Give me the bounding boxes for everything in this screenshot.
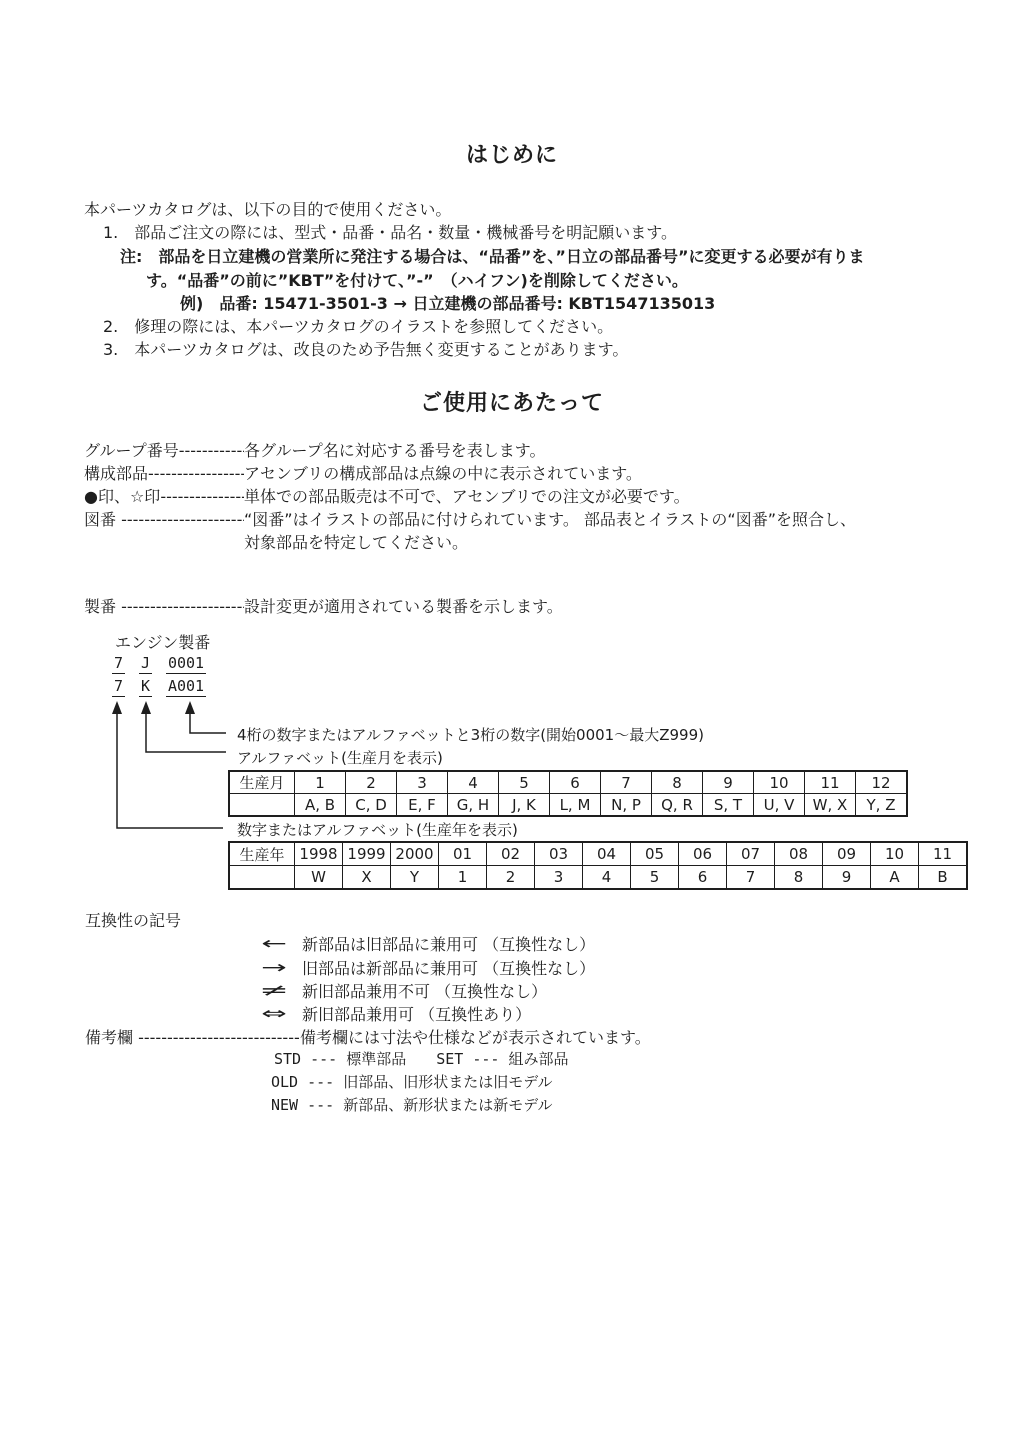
- table-row: A, B C, D E, F G, H J, K L, M N, P Q, R …: [229, 794, 907, 817]
- callout-digits: 4桁の数字またはアルファベットと3桁の数字(開始0001～最大Z999): [237, 724, 704, 745]
- table-header-cell: 03: [535, 842, 583, 866]
- compat-row-old-to-new: → 旧部品は新部品に兼用可 （互換性なし）: [252, 956, 595, 979]
- table-cell: 9: [823, 866, 871, 890]
- table-header-cell: 11: [805, 771, 856, 794]
- remarks-row: 備考欄 ------------------------------------…: [85, 1025, 985, 1048]
- remarks-desc: 備考欄には寸法や仕様などが表示されています。: [300, 1025, 651, 1048]
- page-title-goshiyou: ご使用にあたって: [0, 386, 1024, 417]
- definition-desc: 単体での部品販売は不可で、アセンブリでの注文が必要です。: [244, 484, 690, 507]
- table-header-cell: 2: [346, 771, 397, 794]
- table-cell: Y, Z: [856, 794, 908, 817]
- table-cell: A, B: [295, 794, 346, 817]
- up-arrow-icon: [185, 701, 195, 714]
- table-cell: [229, 866, 295, 890]
- table-header-cell: 5: [499, 771, 550, 794]
- table-row: 生産年 1998 1999 2000 01 02 03 04 05 06 07 …: [229, 842, 967, 866]
- table-header-cell: 2000: [391, 842, 439, 866]
- table-header-cell: 6: [550, 771, 601, 794]
- remarks-old-line: OLD --- 旧部品、旧形状または旧モデル: [271, 1071, 553, 1092]
- table-cell: N, P: [601, 794, 652, 817]
- table-header-cell: 02: [487, 842, 535, 866]
- leader-dashes: ----------------------------------------…: [160, 487, 244, 506]
- serial-digit-month: J: [139, 654, 152, 674]
- table-cell: 2: [487, 866, 535, 890]
- table-header-cell: 10: [754, 771, 805, 794]
- serial-digit-year: 7: [112, 677, 125, 697]
- table-cell: 6: [679, 866, 727, 890]
- table-cell: 7: [727, 866, 775, 890]
- table-cell: L, M: [550, 794, 601, 817]
- intro-line: 本パーツカタログは、以下の目的で使用ください。: [84, 197, 451, 220]
- table-cell: U, V: [754, 794, 805, 817]
- engine-serial-row-2: 7KA001: [112, 677, 206, 697]
- table-cell: [229, 794, 295, 817]
- table-header-cell: 07: [727, 842, 775, 866]
- left-arrow-icon: ←: [234, 934, 313, 954]
- definition-label: 図番 -------------------------------------…: [84, 507, 244, 530]
- table-cell: G, H: [448, 794, 499, 817]
- note-line-2: す。“品番”の前に”KBT”を付けて、”-” （ハイフン)を削除してください。: [146, 268, 688, 291]
- note-line-1: 注: 部品を日立建機の営業所に発注する場合は、“品番”を、”日立の部品番号”に変…: [120, 244, 864, 267]
- table-header-cell: 04: [583, 842, 631, 866]
- serial-digit-number: A001: [166, 677, 206, 697]
- serial-digit-month: K: [139, 677, 152, 697]
- definition-row-marks: ●印、☆印-----------------------------------…: [84, 484, 984, 507]
- table-cell: 5: [631, 866, 679, 890]
- table-header-cell: 12: [856, 771, 908, 794]
- leader-dashes: ----------------------------------------…: [148, 464, 244, 483]
- definition-label: 構成部品------------------------------------…: [84, 461, 244, 484]
- callout-year: 数字またはアルファベット(生産年を表示): [237, 819, 518, 840]
- table-row: 生産月 1 2 3 4 5 6 7 8 9 10 11 12: [229, 771, 907, 794]
- definition-desc: アセンブリの構成部品は点線の中に表示されています。: [244, 461, 642, 484]
- table-cell: X: [343, 866, 391, 890]
- table-row: W X Y 1 2 3 4 5 6 7 8 9 A B: [229, 866, 967, 890]
- compat-section-title: 互換性の記号: [85, 908, 181, 931]
- table-cell: E, F: [397, 794, 448, 817]
- serial-digit-year: 7: [112, 654, 125, 674]
- table-header-cell: 1998: [295, 842, 343, 866]
- definition-row-group-number: グループ番号----------------------------------…: [84, 438, 984, 461]
- leader-dashes: ----------------------------------------…: [121, 510, 244, 529]
- compat-text: 新旧部品兼用可 （互換性あり）: [302, 1002, 531, 1025]
- table-header-cell: 05: [631, 842, 679, 866]
- compat-row-interchangeable: ⇔ 新旧部品兼用可 （互換性あり）: [252, 1002, 531, 1025]
- definition-label: グループ番号----------------------------------…: [84, 438, 244, 461]
- leader-dashes: ----------------------------------------…: [179, 441, 244, 460]
- table-cell: 8: [775, 866, 823, 890]
- up-arrow-icon: [141, 701, 151, 714]
- compat-text: 新部品は旧部品に兼用可 （互換性なし）: [302, 932, 595, 955]
- definition-label: 製番 -------------------------------------…: [84, 594, 244, 617]
- list-item-1: 1. 部品ご注文の際には、型式・品番・品名・数量・機械番号を明記願います。: [103, 220, 677, 243]
- definition-desc: 設計変更が適用されている製番を示します。: [244, 594, 563, 617]
- remarks-label: 備考欄 ------------------------------------…: [85, 1025, 300, 1048]
- table-cell: A: [871, 866, 919, 890]
- not-equal-icon: ≠: [228, 981, 320, 1001]
- table-cell: 1: [439, 866, 487, 890]
- definition-desc: “図番”はイラストの部品に付けられています。 部品表とイラストの“図番”を照合し…: [244, 507, 856, 530]
- table-header-cell: 1999: [343, 842, 391, 866]
- production-year-table: 生産年 1998 1999 2000 01 02 03 04 05 06 07 …: [228, 841, 968, 890]
- compat-text: 旧部品は新部品に兼用可 （互換性なし）: [302, 956, 595, 979]
- table-header-cell: 7: [601, 771, 652, 794]
- remarks-std-set-line: STD --- 標準部品 SET --- 組み部品: [274, 1048, 569, 1069]
- double-arrow-icon: ⇔: [234, 1004, 313, 1024]
- table-cell: B: [919, 866, 968, 890]
- engine-serial-title: エンジン製番: [115, 630, 210, 653]
- table-header-cell: 3: [397, 771, 448, 794]
- table-header-cell: 10: [871, 842, 919, 866]
- list-item-3: 3. 本パーツカタログは、改良のため予告無く変更することがあります。: [103, 337, 628, 360]
- leader-dashes: ----------------------------------------…: [121, 597, 244, 616]
- table-cell: Q, R: [652, 794, 703, 817]
- table-cell: J, K: [499, 794, 550, 817]
- table-header-cell: 4: [448, 771, 499, 794]
- definition-desc: 各グループ名に対応する番号を表します。: [244, 438, 545, 461]
- leader-dashes: ----------------------------------------…: [138, 1028, 300, 1047]
- table-cell: W: [295, 866, 343, 890]
- table-cell: Y: [391, 866, 439, 890]
- definition-row-fig-number: 図番 -------------------------------------…: [84, 507, 984, 530]
- table-header-cell: 11: [919, 842, 968, 866]
- right-arrow-icon: →: [234, 958, 313, 978]
- remarks-new-line: NEW --- 新部品、新形状または新モデル: [271, 1094, 553, 1115]
- compat-row-not-interchangeable: ≠ 新旧部品兼用不可 （互換性なし）: [252, 979, 547, 1002]
- serial-digit-number: 0001: [166, 654, 206, 674]
- parts-catalog-intro-page: はじめに 本パーツカタログは、以下の目的で使用ください。 1. 部品ご注文の際に…: [0, 0, 1024, 1448]
- compat-row-new-to-old: ← 新部品は旧部品に兼用可 （互換性なし）: [252, 932, 595, 955]
- table-cell: W, X: [805, 794, 856, 817]
- definition-desc-continuation: 対象部品を特定してください。: [244, 530, 468, 553]
- definition-row-seiban: 製番 -------------------------------------…: [84, 594, 984, 617]
- table-header-cell: 09: [823, 842, 871, 866]
- compat-text: 新旧部品兼用不可 （互換性なし）: [302, 979, 547, 1002]
- table-header-cell: 生産年: [229, 842, 295, 866]
- page-title-hajimeni: はじめに: [0, 138, 1024, 169]
- list-item-2: 2. 修理の際には、本パーツカタログのイラストを参照してください。: [103, 314, 613, 337]
- table-header-cell: 9: [703, 771, 754, 794]
- engine-serial-row-1: 7J0001: [112, 654, 206, 674]
- table-header-cell: 1: [295, 771, 346, 794]
- table-cell: 4: [583, 866, 631, 890]
- definition-row-component-parts: 構成部品------------------------------------…: [84, 461, 984, 484]
- table-header-cell: 生産月: [229, 771, 295, 794]
- table-header-cell: 08: [775, 842, 823, 866]
- table-header-cell: 8: [652, 771, 703, 794]
- definition-label: ●印、☆印-----------------------------------…: [84, 484, 244, 507]
- table-header-cell: 01: [439, 842, 487, 866]
- table-cell: S, T: [703, 794, 754, 817]
- up-arrow-icon: [112, 701, 122, 714]
- table-header-cell: 06: [679, 842, 727, 866]
- production-month-table: 生産月 1 2 3 4 5 6 7 8 9 10 11 12 A, B C, D…: [228, 770, 908, 817]
- callout-month: アルファベット(生産月を表示): [237, 747, 443, 768]
- table-cell: C, D: [346, 794, 397, 817]
- table-cell: 3: [535, 866, 583, 890]
- example-line: 例) 品番: 15471-3501-3 → 日立建機の部品番号: KBT1547…: [180, 291, 715, 314]
